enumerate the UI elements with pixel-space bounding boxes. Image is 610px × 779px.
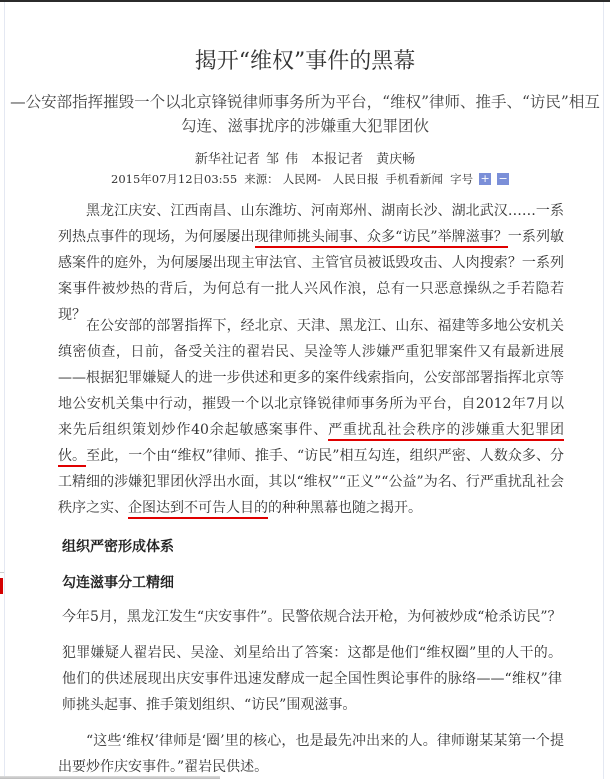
source-label: 来源： — [244, 171, 279, 187]
article-title: 揭开“维权”事件的黑幕 — [0, 44, 610, 75]
article-subtitle: —公安部指挥摧毁一个以北京锋锐律师事务所为平台，“维权”律师、推手、“访民”相互… — [8, 90, 602, 138]
paragraph-text: 的种种黑幕也随之揭开。 — [268, 500, 422, 516]
paragraph-4: 犯罪嫌疑人翟岩民、吴淦、刘星给出了答案：这都是他们“维权圈”里的人干的。他们的供… — [62, 640, 562, 718]
paragraph-1: 黑龙江庆安、江西南昌、山东潍坊、河南郑州、湖南长沙、湖北武汉……一系列热点事件的… — [58, 198, 564, 328]
highlighted-text: 现律师挑头闹事、众多“访民”举牌滋事？ — [255, 229, 508, 248]
paragraph-2: 在公安部的部署指挥下，经北京、天津、黑龙江、山东、福建等多地公安机关缜密侦查，日… — [58, 313, 564, 521]
left-tab-divider — [0, 572, 4, 573]
paragraph-3: 今年5月，黑龙江发生“庆安事件”。民警依规合法开枪，为何被炒成“枪杀访民”？ — [62, 604, 565, 630]
font-increase-button[interactable]: + — [479, 173, 491, 185]
section-heading: 组织严密形成体系 — [62, 536, 174, 556]
mobile-news-link[interactable]: 手机看新闻 — [386, 171, 444, 187]
font-decrease-button[interactable]: − — [497, 173, 509, 185]
paragraph-text: 在公安部的部署指挥下，经北京、天津、黑龙江、山东、福建等多地公安机关缜密侦查，日… — [58, 318, 564, 438]
side-tab-marker[interactable] — [0, 578, 3, 594]
right-border — [603, 2, 604, 779]
font-size-label: 字号 — [450, 171, 473, 187]
paragraph-5: “这些‘维权’律师是‘圈’里的核心，也是最先冲出来的人。律师谢某某第一个提出要炒… — [58, 728, 564, 779]
highlighted-text: 企图达到不可告人目的 — [128, 500, 268, 519]
source-link[interactable]: 人民网- 人民日报 — [283, 171, 379, 187]
article-byline: 新华社记者 邹 伟 本报记者 黄庆畅 — [0, 148, 610, 167]
window-top-bar — [0, 0, 610, 2]
left-border — [4, 2, 5, 779]
section-heading: 勾连滋事分工精细 — [62, 572, 174, 592]
publish-datetime: 2015年07月12日03:55 — [111, 171, 237, 187]
article-meta: 2015年07月12日03:55 来源： 人民网- 人民日报 手机看新闻 字号 … — [111, 170, 509, 188]
